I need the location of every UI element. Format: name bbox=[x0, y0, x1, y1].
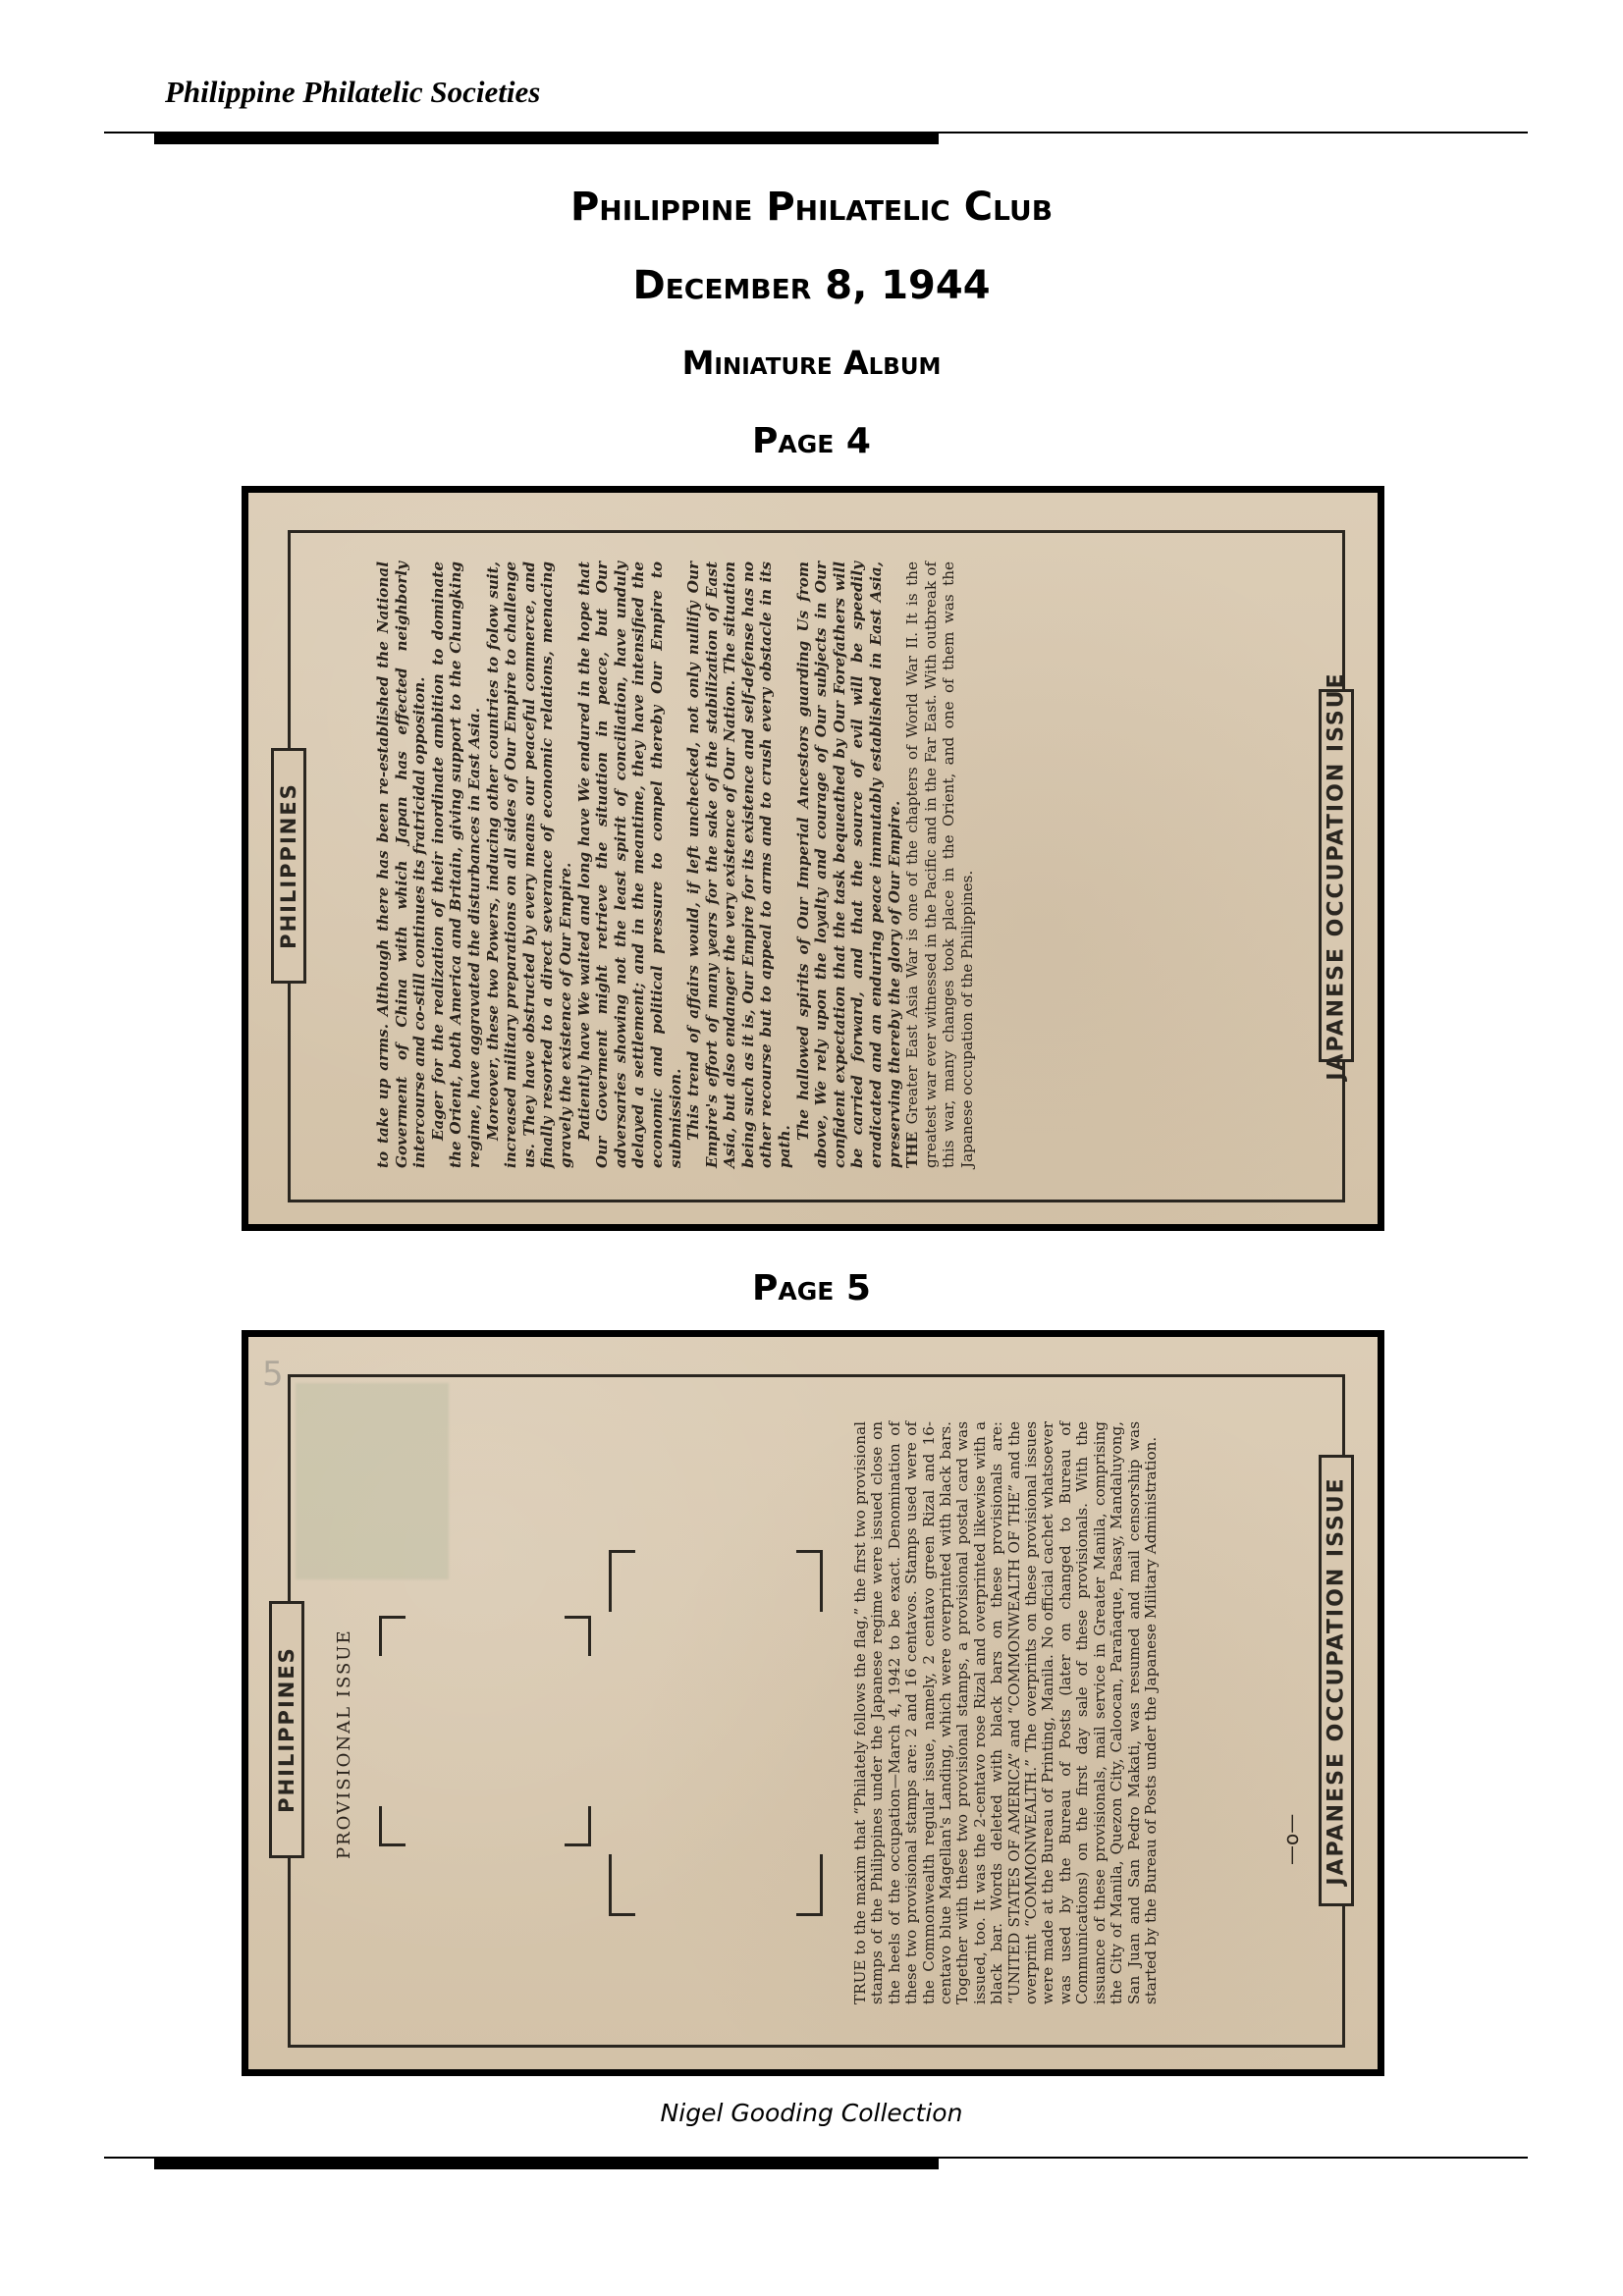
philippines-label: PHILIPPINES bbox=[277, 782, 300, 949]
philippines-label: PHILIPPINES bbox=[275, 1646, 298, 1813]
closing-paragraph: THE Greater East Asia War is one of the … bbox=[903, 561, 976, 1168]
stamp-mount-corner bbox=[379, 1616, 406, 1656]
paragraph: TRUE to the maxim that “Philately follow… bbox=[852, 1421, 1160, 2004]
stamp-mount-corner bbox=[379, 1806, 406, 1846]
page-title: Philippine Philatelic Club bbox=[0, 185, 1623, 230]
paragraph: Patiently have We waited and long have W… bbox=[575, 561, 685, 1168]
stamp-mount-corner bbox=[609, 1854, 635, 1916]
ornament-divider: —o— bbox=[1279, 1814, 1303, 1865]
album-page-5-image: 5 PHILIPPINES PROVISIONAL ISSUE TRUE to … bbox=[242, 1330, 1384, 2076]
occupation-label-box: JAPANESE OCCUPATION ISSUE bbox=[1319, 689, 1354, 1062]
album-heading: Miniature Album bbox=[0, 344, 1623, 382]
pencil-page-number: 5 bbox=[262, 1355, 284, 1394]
stamp-mount-corner bbox=[796, 1854, 823, 1916]
paragraph: This trend of affairs would, if left unc… bbox=[684, 561, 794, 1168]
occupation-label: JAPANESE OCCUPATION ISSUE bbox=[1325, 671, 1349, 1080]
philippines-label-box: PHILIPPINES bbox=[269, 1601, 304, 1858]
header-bar bbox=[154, 133, 939, 144]
occupation-label: JAPANESE OCCUPATION ISSUE bbox=[1325, 1476, 1349, 1885]
running-header-title: Philippine Philatelic Societies bbox=[165, 75, 540, 110]
stamp-mount-corner bbox=[796, 1550, 823, 1612]
stamp-mount-corner bbox=[565, 1806, 591, 1846]
paragraph: to take up arms. Although there has been… bbox=[374, 561, 429, 1168]
page-5-label: Page 5 bbox=[0, 1268, 1623, 1308]
album-page-4-image: PHILIPPINES JAPANESE OCCUPATION ISSUE to… bbox=[242, 486, 1384, 1231]
footer-bar bbox=[154, 2159, 939, 2169]
date-heading: December 8, 1944 bbox=[0, 263, 1623, 308]
stamp-mount-corner bbox=[609, 1550, 635, 1612]
stamp-mount-corner bbox=[565, 1616, 591, 1656]
paragraph: The hallowed spirits of Our Imperial Anc… bbox=[794, 561, 904, 1168]
paragraph: Eager for the realization of their inord… bbox=[429, 561, 484, 1168]
occupation-label-box: JAPANESE OCCUPATION ISSUE bbox=[1319, 1455, 1354, 1906]
printed-border bbox=[288, 1374, 1345, 2048]
paragraph: Moreover, these two Powers, inducing oth… bbox=[484, 561, 575, 1168]
provisional-issue-subtitle: PROVISIONAL ISSUE bbox=[334, 1629, 354, 1859]
page-4-label: Page 4 bbox=[0, 421, 1623, 461]
philippines-label-box: PHILIPPINES bbox=[271, 748, 306, 984]
provisional-history-text: TRUE to the maxim that “Philately follow… bbox=[852, 1421, 1160, 2004]
collection-credit: Nigel Gooding Collection bbox=[0, 2099, 1623, 2127]
proclamation-text: to take up arms. Although there has been… bbox=[374, 561, 977, 1168]
